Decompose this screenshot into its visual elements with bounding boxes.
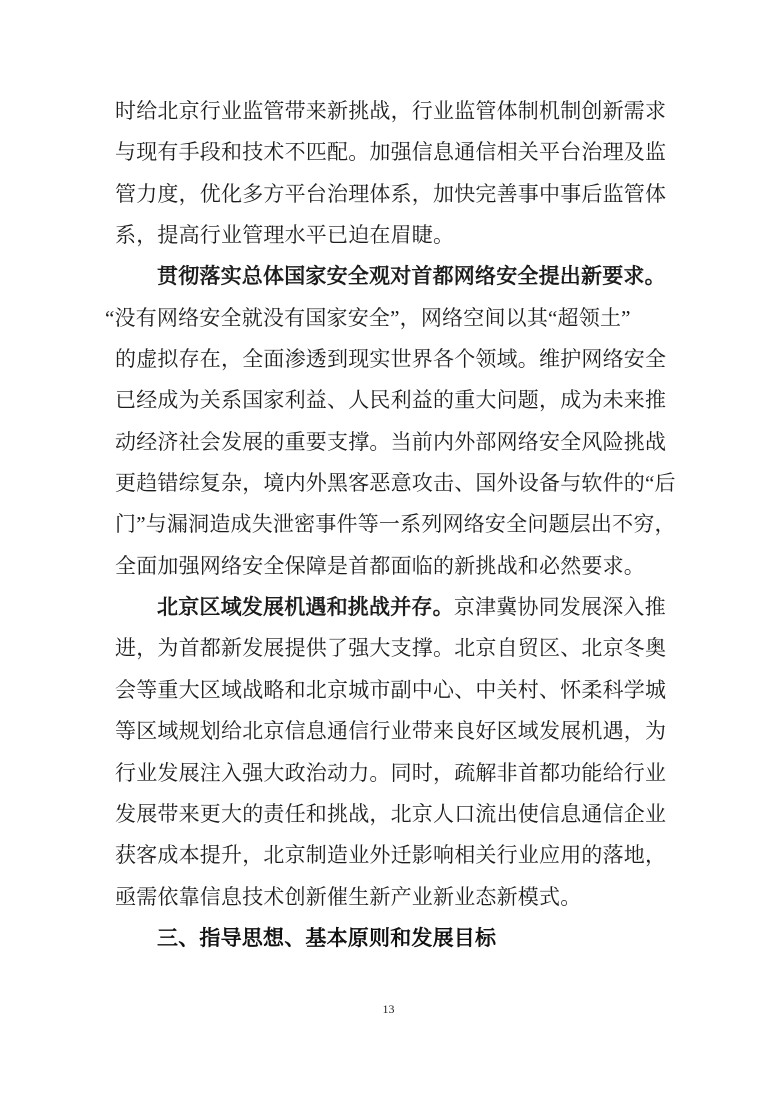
plain-run: 全面加强网络安全保障是首都面临的新挑战和必然要求。 [115,554,645,578]
plain-run: 时给北京行业监管带来新挑战，行业监管体制机制创新需求 [115,99,666,123]
paragraph-lead-line: 贯彻落实总体国家安全观对首都网络安全提出新要求。 [115,256,700,297]
bold-run: 贯彻落实总体国家安全观对首都网络安全提出新要求。 [157,264,666,288]
plain-run: “没有网络安全就没有国家安全”，网络空间以其“超领土” [105,306,631,330]
paragraph-lead-line: 北京区域发展机遇和挑战并存。京津冀协同发展深入推 [115,587,700,628]
text-line: 门”与漏洞造成失泄密事件等一系列网络安全问题层出不穷， [115,504,700,545]
bold-run: 北京区域发展机遇和挑战并存。 [157,595,454,619]
text-line: 行业发展注入强大政治动力。同时，疏解非首都功能给行业 [115,753,700,794]
plain-run: 的虚拟存在，全面渗透到现实世界各个领域。维护网络安全 [115,347,666,371]
text-line: 管力度，优化多方平台治理体系，加快完善事中事后监管体 [115,174,700,215]
plain-run: 发展带来更大的责任和挑战，北京人口流出使信息通信企业 [115,802,666,826]
plain-run: 等区域规划给北京信息通信行业带来良好区域发展机遇，为 [115,719,666,743]
plain-run: 系，提高行业管理水平已迫在眉睫。 [115,223,454,247]
text-line: 动经济社会发展的重要支撑。当前内外部网络安全风险挑战 [115,422,700,463]
plain-run: 亟需依靠信息技术创新催生新产业新业态新模式。 [115,885,581,909]
plain-run: 管力度，优化多方平台治理体系，加快完善事中事后监管体 [115,182,666,206]
plain-run: 会等重大区域战略和北京城市副中心、中关村、怀柔科学城 [115,678,666,702]
text-line: 全面加强网络安全保障是首都面临的新挑战和必然要求。 [115,546,700,587]
section-heading: 三、指导思想、基本原则和发展目标 [115,918,700,959]
plain-run: 更趋错综复杂，境内外黑客恶意攻击、国外设备与软件的“后 [115,471,676,495]
plain-run: 已经成为关系国家利益、人民利益的重大问题，成为未来推 [115,388,666,412]
text-line: 的虚拟存在，全面渗透到现实世界各个领域。维护网络安全 [115,339,700,380]
plain-run: 京津冀协同发展深入推 [454,595,666,619]
text-line: “没有网络安全就没有国家安全”，网络空间以其“超领土” [105,298,700,339]
text-line: 更趋错综复杂，境内外黑客恶意攻击、国外设备与软件的“后 [115,463,700,504]
plain-run: 动经济社会发展的重要支撑。当前内外部网络安全风险挑战 [115,430,666,454]
document-page: 时给北京行业监管带来新挑战，行业监管体制机制创新需求 与现有手段和技术不匹配。加… [0,0,777,1098]
text-line: 与现有手段和技术不匹配。加强信息通信相关平台治理及监 [115,132,700,173]
page-number: 13 [0,1001,777,1017]
text-line: 等区域规划给北京信息通信行业带来良好区域发展机遇，为 [115,711,700,752]
plain-run: 与现有手段和技术不匹配。加强信息通信相关平台治理及监 [115,140,666,164]
document-body: 时给北京行业监管带来新挑战，行业监管体制机制创新需求 与现有手段和技术不匹配。加… [115,91,700,959]
text-line: 亟需依靠信息技术创新催生新产业新业态新模式。 [115,877,700,918]
text-line: 进，为首都新发展提供了强大支撑。北京自贸区、北京冬奥 [115,628,700,669]
text-line: 获客成本提升，北京制造业外迁影响相关行业应用的落地， [115,835,700,876]
text-line: 已经成为关系国家利益、人民利益的重大问题，成为未来推 [115,380,700,421]
text-line: 会等重大区域战略和北京城市副中心、中关村、怀柔科学城 [115,670,700,711]
plain-run: 获客成本提升，北京制造业外迁影响相关行业应用的落地， [115,843,666,867]
plain-run: 行业发展注入强大政治动力。同时，疏解非首都功能给行业 [115,761,666,785]
plain-run: 门”与漏洞造成失泄密事件等一系列网络安全问题层出不穷， [115,512,676,536]
text-line: 发展带来更大的责任和挑战，北京人口流出使信息通信企业 [115,794,700,835]
text-line: 时给北京行业监管带来新挑战，行业监管体制机制创新需求 [115,91,700,132]
text-line: 系，提高行业管理水平已迫在眉睫。 [115,215,700,256]
plain-run: 进，为首都新发展提供了强大支撑。北京自贸区、北京冬奥 [115,636,666,660]
